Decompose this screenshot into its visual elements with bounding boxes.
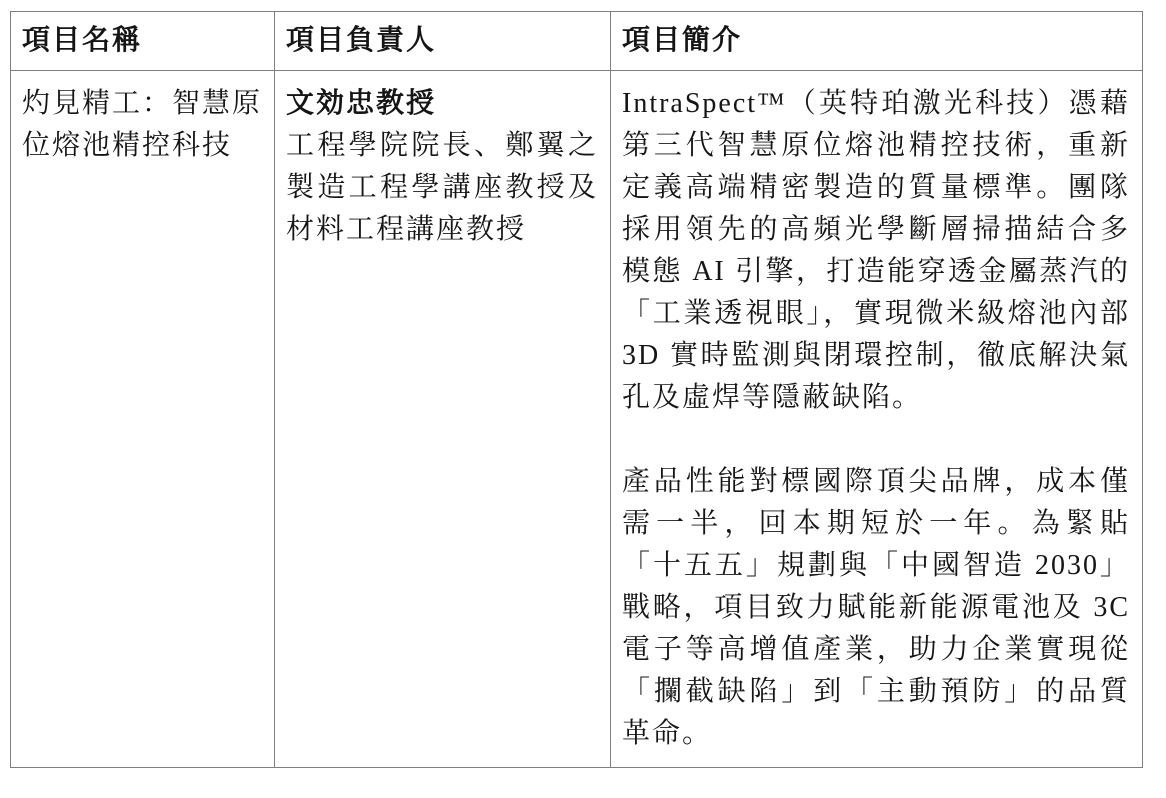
project-intro-cell: IntraSpect™（英特珀激光科技）憑藉第三代智慧原位熔池精控技術，重新定義… bbox=[611, 71, 1143, 768]
project-name-cell: 灼見精工：智慧原位熔池精控科技 bbox=[11, 71, 275, 768]
header-row: 項目名稱 項目負責人 項目簡介 bbox=[11, 12, 1143, 71]
header-project-leader: 項目負責人 bbox=[275, 12, 611, 71]
table-row: 灼見精工：智慧原位熔池精控科技 文効忠教授 工程學院院長、鄭翼之製造工程學講座教… bbox=[11, 71, 1143, 768]
header-project-intro: 項目簡介 bbox=[611, 12, 1143, 71]
project-name-text: 灼見精工：智慧原位熔池精控科技 bbox=[22, 83, 262, 167]
intro-paragraph-1: IntraSpect™（英特珀激光科技）憑藉第三代智慧原位熔池精控技術，重新定義… bbox=[622, 83, 1130, 419]
leader-title-text: 工程學院院長、鄭翼之製造工程學講座教授及材料工程講座教授 bbox=[286, 125, 598, 251]
header-project-name: 項目名稱 bbox=[11, 12, 275, 71]
intro-paragraph-2: 產品性能對標國際頂尖品牌，成本僅需一半，回本期短於一年。為緊貼「十五五」規劃與「… bbox=[622, 461, 1130, 755]
project-info-table: 項目名稱 項目負責人 項目簡介 灼見精工：智慧原位熔池精控科技 文効忠教授 工程… bbox=[10, 11, 1143, 768]
leader-name-text: 文効忠教授 bbox=[286, 83, 598, 125]
project-leader-cell: 文効忠教授 工程學院院長、鄭翼之製造工程學講座教授及材料工程講座教授 bbox=[275, 71, 611, 768]
